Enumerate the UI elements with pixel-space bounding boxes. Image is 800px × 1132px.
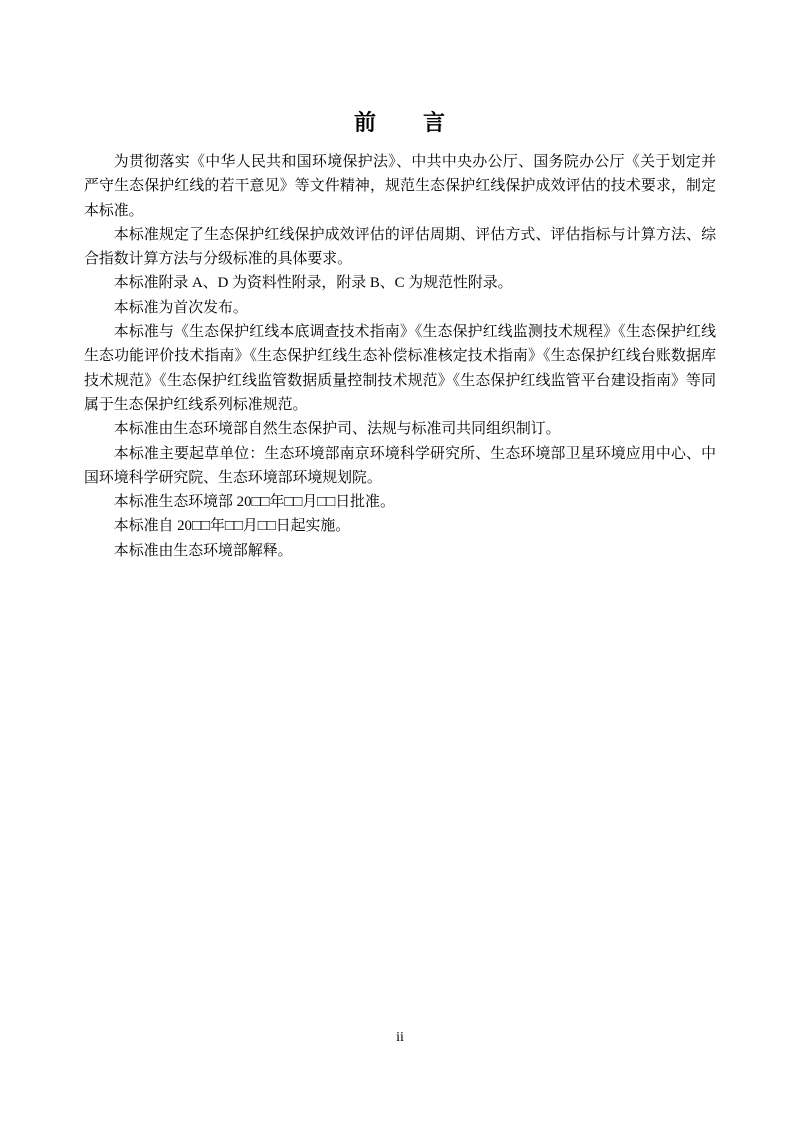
paragraph-scope: 本标准规定了生态保护红线保护成效评估的评估周期、评估方式、评估指标与计算方法、综… <box>84 223 716 272</box>
paragraph-series-standards: 本标准与《生态保护红线本底调查技术指南》《生态保护红线监测技术规程》《生态保护红… <box>84 320 716 417</box>
paragraph-implementation-date: 本标准自 20□□年□□月□□日起实施。 <box>84 514 716 538</box>
page-number: ii <box>396 1030 404 1045</box>
paragraph-appendices: 本标准附录 A、D 为资料性附录，附录 B、C 为规范性附录。 <box>84 271 716 295</box>
foreword-title: 前 言 <box>84 110 716 136</box>
paragraph-first-release: 本标准为首次发布。 <box>84 296 716 320</box>
foreword-section: 前 言 为贯彻落实《中华人民共和国环境保护法》、中共中央办公厅、国务院办公厅《关… <box>84 110 716 563</box>
paragraph-interpretation: 本标准由生态环境部解释。 <box>84 539 716 563</box>
paragraph-drafting-units: 本标准主要起草单位：生态环境部南京环境科学研究所、生态环境部卫星环境应用中心、中… <box>84 442 716 491</box>
paragraph-approval-date: 本标准生态环境部 20□□年□□月□□日批准。 <box>84 490 716 514</box>
document-page: 前 言 为贯彻落实《中华人民共和国环境保护法》、中共中央办公厅、国务院办公厅《关… <box>0 0 800 1132</box>
paragraph-purpose: 为贯彻落实《中华人民共和国环境保护法》、中共中央办公厅、国务院办公厅《关于划定并… <box>84 150 716 223</box>
page-footer: ii <box>0 1028 800 1048</box>
paragraph-organizers: 本标准由生态环境部自然生态保护司、法规与标准司共同组织制订。 <box>84 417 716 441</box>
